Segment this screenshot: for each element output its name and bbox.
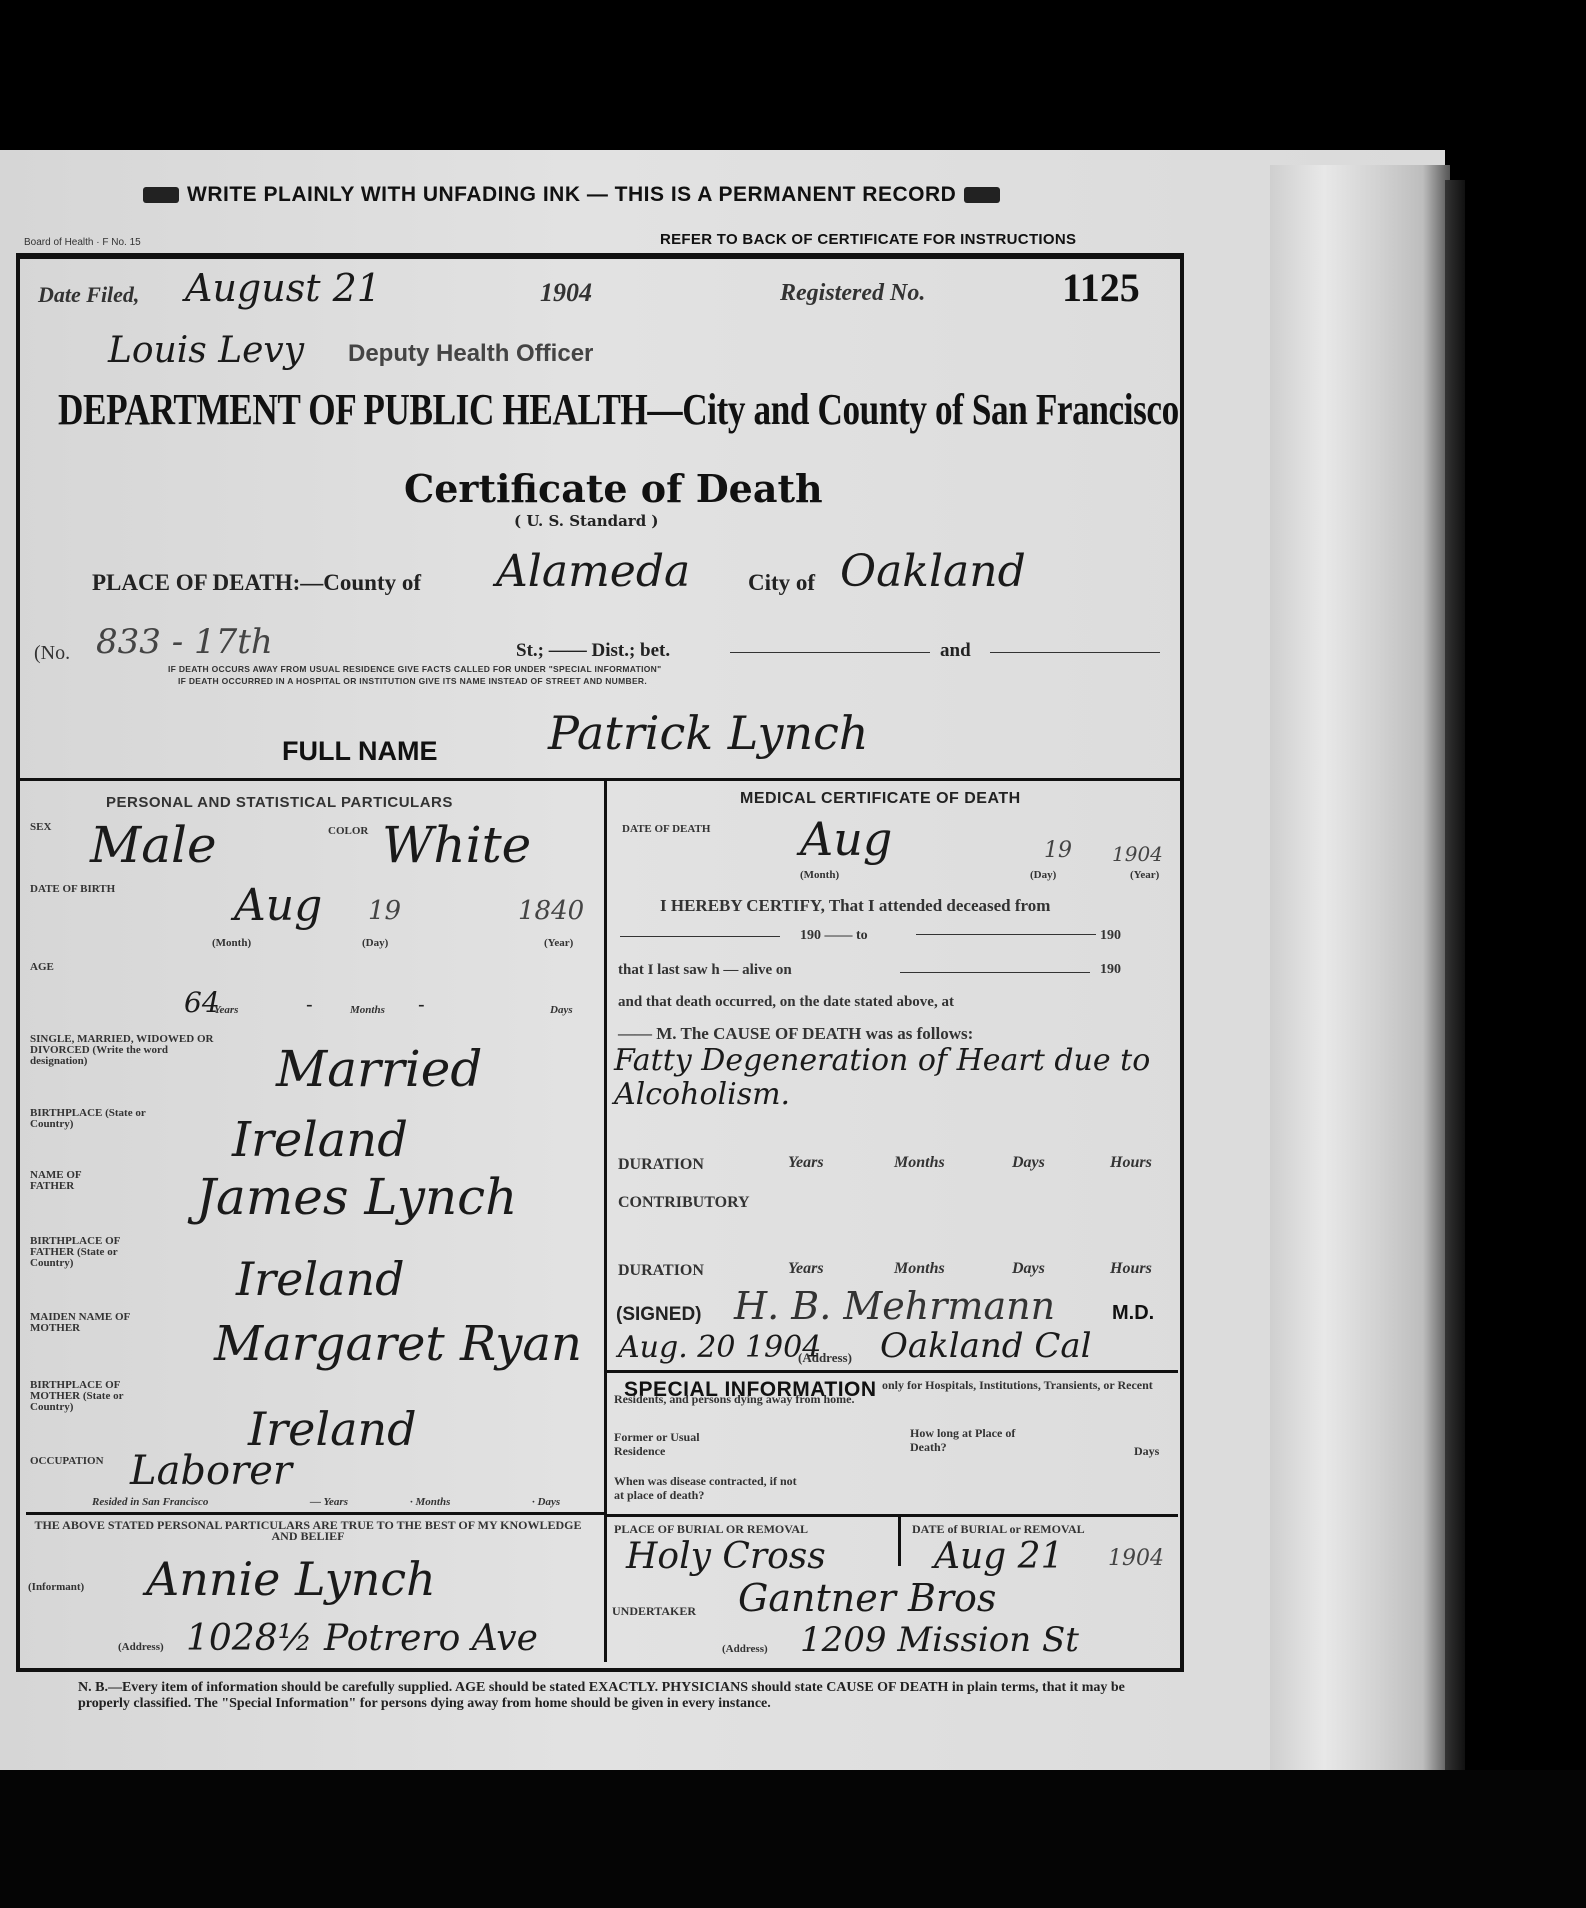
how-long-days-label: Days: [1134, 1446, 1159, 1457]
occupation-label: OCCUPATION: [30, 1456, 104, 1467]
city-value: Oakland: [840, 546, 1026, 597]
resided-years: — Years: [310, 1496, 348, 1508]
residence-note-1: IF DEATH OCCURS AWAY FROM USUAL RESIDENC…: [168, 664, 661, 674]
street-no-label: (No.: [34, 642, 70, 665]
dob-label: DATE OF BIRTH: [30, 884, 115, 895]
father-name-value: James Lynch: [196, 1168, 517, 1226]
mother-name-value: Margaret Ryan: [214, 1316, 582, 1372]
attended-to-line: [916, 934, 1096, 935]
former-residence-label: Former or Usual Residence: [614, 1430, 704, 1458]
physician-signature: H. B. Mehrmann: [734, 1284, 1055, 1328]
father-name-label: NAME OF FATHER: [30, 1170, 110, 1192]
last-saw-year-suffix: 190: [1100, 962, 1121, 978]
officer-title: Deputy Health Officer: [348, 340, 593, 368]
burial-place-label: PLACE OF BURIAL OR REMOVAL: [614, 1524, 808, 1535]
resided-days: · Days: [532, 1496, 560, 1508]
column-divider: [604, 778, 607, 1662]
attended-from-line: [620, 936, 780, 937]
burial-date: Aug 21: [934, 1536, 1063, 1577]
dod-month: Aug: [800, 812, 892, 866]
dod-year: 1904: [1112, 842, 1163, 866]
physician-address: Oakland Cal: [880, 1326, 1092, 1366]
attended-year-suffix: 190: [1100, 928, 1121, 944]
physician-address-label: (Address): [798, 1352, 852, 1363]
date-filed-year: 1904: [540, 278, 592, 308]
residence-note-2: IF DEATH OCCURRED IN A HOSPITAL OR INSTI…: [178, 676, 647, 686]
informant-address-label: (Address): [118, 1642, 164, 1653]
cause-of-death: Fatty Degeneration of Heart due to Alcoh…: [614, 1044, 1174, 1112]
resided-label: Resided in San Francisco: [92, 1496, 208, 1508]
street-district-label: St.; —— Dist.; bet.: [516, 640, 670, 662]
color-label: COLOR: [328, 826, 368, 837]
occupation-value: Laborer: [130, 1448, 292, 1494]
signed-date: Aug. 20 1904: [618, 1330, 821, 1365]
undertaker-address-label: (Address): [722, 1644, 768, 1655]
signed-label: (SIGNED): [616, 1304, 702, 1326]
contributory-label: CONTRIBUTORY: [618, 1194, 750, 1212]
undertaker-name: Gantner Bros: [738, 1576, 996, 1620]
dob-year: 1840: [518, 896, 584, 926]
burial-place: Holy Cross: [626, 1536, 826, 1577]
date-filed-label: Date Filed,: [38, 282, 139, 308]
book-page-edges: [1270, 165, 1450, 1785]
scan-background: [0, 1770, 1586, 1908]
place-of-death-label: PLACE OF DEATH:—County of: [92, 570, 421, 596]
special-divider: [604, 1370, 1178, 1373]
dod-year-label: (Year): [1130, 870, 1159, 881]
birthplace-label: BIRTHPLACE (State or Country): [30, 1108, 160, 1130]
dob-day: 19: [368, 896, 401, 926]
marital-value: Married: [276, 1040, 482, 1098]
printer-mark: Board of Health · F No. 15: [24, 237, 141, 248]
burial-year: 1904: [1108, 1546, 1164, 1571]
father-birthplace-value: Ireland: [236, 1252, 405, 1306]
age-days-label: Days: [550, 1004, 573, 1016]
cause-intro: —— M. The CAUSE OF DEATH was as follows:: [618, 1024, 973, 1044]
resided-months: · Months: [410, 1496, 450, 1508]
last-saw-statement: that I last saw h — alive on: [618, 962, 792, 979]
duration-years-2: Years: [788, 1260, 824, 1278]
dod-day-label: (Day): [1030, 870, 1056, 881]
and-label: and: [940, 640, 971, 662]
banner-text: WRITE PLAINLY WITH UNFADING INK — THIS I…: [187, 183, 956, 206]
last-saw-line: [900, 972, 1090, 973]
section-divider: [18, 778, 1180, 781]
informant-address: 1028½ Potrero Ave: [186, 1618, 538, 1659]
age-days: -: [418, 994, 425, 1017]
refer-instructions: REFER TO BACK OF CERTIFICATE FOR INSTRUC…: [660, 231, 1076, 248]
undertaker-address: 1209 Mission St: [800, 1620, 1079, 1660]
city-label: City of: [748, 570, 815, 596]
informant-statement: THE ABOVE STATED PERSONAL PARTICULARS AR…: [28, 1520, 588, 1542]
full-name-value: Patrick Lynch: [548, 706, 869, 760]
county-value: Alameda: [496, 546, 690, 597]
dob-year-label: (Year): [544, 938, 573, 949]
mother-name-label: MAIDEN NAME OF MOTHER: [30, 1312, 150, 1334]
certificate-subtitle: ( U. S. Standard ): [514, 512, 659, 530]
certify-statement: I HEREBY CERTIFY, That I attended deceas…: [660, 896, 1050, 916]
how-long-label: How long at Place of Death?: [910, 1426, 1020, 1454]
burial-date-label: DATE of BURIAL or REMOVAL: [912, 1524, 1085, 1535]
informant-label: (Informant): [28, 1582, 84, 1593]
color-value: White: [382, 816, 531, 874]
banner: WRITE PLAINLY WITH UNFADING INK — THIS I…: [135, 183, 1008, 207]
pointing-hand-icon: [964, 187, 1000, 203]
dod-day: 19: [1044, 838, 1072, 863]
medical-heading: MEDICAL CERTIFICATE OF DEATH: [740, 790, 1021, 808]
marital-label: SINGLE, MARRIED, WIDOWED OR DIVORCED (Wr…: [30, 1034, 220, 1067]
duration-hours-2: Hours: [1110, 1260, 1152, 1278]
age-months: -: [306, 994, 313, 1017]
personal-heading: PERSONAL AND STATISTICAL PARTICULARS: [106, 794, 453, 811]
dob-month: Aug: [234, 880, 322, 931]
duration-months-2: Months: [894, 1260, 945, 1278]
certificate-title: Certificate of Death: [404, 466, 823, 511]
department-title: DEPARTMENT OF PUBLIC HEALTH—City and Cou…: [58, 384, 1179, 435]
registered-label: Registered No.: [780, 280, 925, 307]
md-label: M.D.: [1112, 1302, 1154, 1325]
burial-column-divider: [898, 1516, 901, 1566]
duration-days-2: Days: [1012, 1260, 1045, 1278]
undertaker-label: UNDERTAKER: [612, 1606, 696, 1617]
duration-days: Days: [1012, 1154, 1045, 1172]
informant-name: Annie Lynch: [146, 1552, 436, 1606]
duration-hours: Hours: [1110, 1154, 1152, 1172]
duration-label: DURATION: [618, 1156, 704, 1174]
duration-years: Years: [788, 1154, 824, 1172]
age-years-label: Years: [214, 1004, 238, 1016]
burial-divider: [604, 1514, 1178, 1517]
footnote: N. B.—Every item of information should b…: [38, 1680, 1128, 1712]
age-label: AGE: [30, 962, 54, 973]
duration-label-2: DURATION: [618, 1262, 704, 1280]
duration-months: Months: [894, 1154, 945, 1172]
informant-divider: [26, 1512, 604, 1515]
contracted-label: When was disease contracted, if not at p…: [614, 1474, 804, 1502]
birthplace-value: Ireland: [232, 1112, 408, 1168]
mother-birthplace-label: BIRTHPLACE OF MOTHER (State or Country): [30, 1380, 150, 1413]
father-birthplace-label: BIRTHPLACE OF FATHER (State or Country): [30, 1236, 150, 1269]
special-heading-note: only for Hospitals, Institutions, Transi…: [614, 1378, 1170, 1406]
date-filed-value: August 21: [185, 266, 381, 310]
district-and-line: [990, 652, 1160, 653]
attended-from-to: 190 —— to: [800, 928, 868, 944]
officer-signature: Louis Levy: [108, 330, 304, 371]
full-name-label: FULL NAME: [282, 736, 438, 767]
dob-day-label: (Day): [362, 938, 388, 949]
dob-month-label: (Month): [212, 938, 251, 949]
dod-label: DATE OF DEATH: [622, 824, 710, 835]
sex-value: Male: [90, 816, 217, 874]
sex-label: SEX: [30, 822, 51, 833]
dod-month-label: (Month): [800, 870, 839, 881]
district-between-line: [730, 652, 930, 653]
death-occurred-statement: and that death occurred, on the date sta…: [618, 994, 954, 1011]
street-value: 833 - 17th: [96, 622, 273, 662]
registered-number: 1125: [1062, 264, 1140, 311]
age-months-label: Months: [350, 1004, 385, 1016]
book-spine: [1445, 180, 1465, 1800]
pointing-hand-icon: [143, 187, 179, 203]
